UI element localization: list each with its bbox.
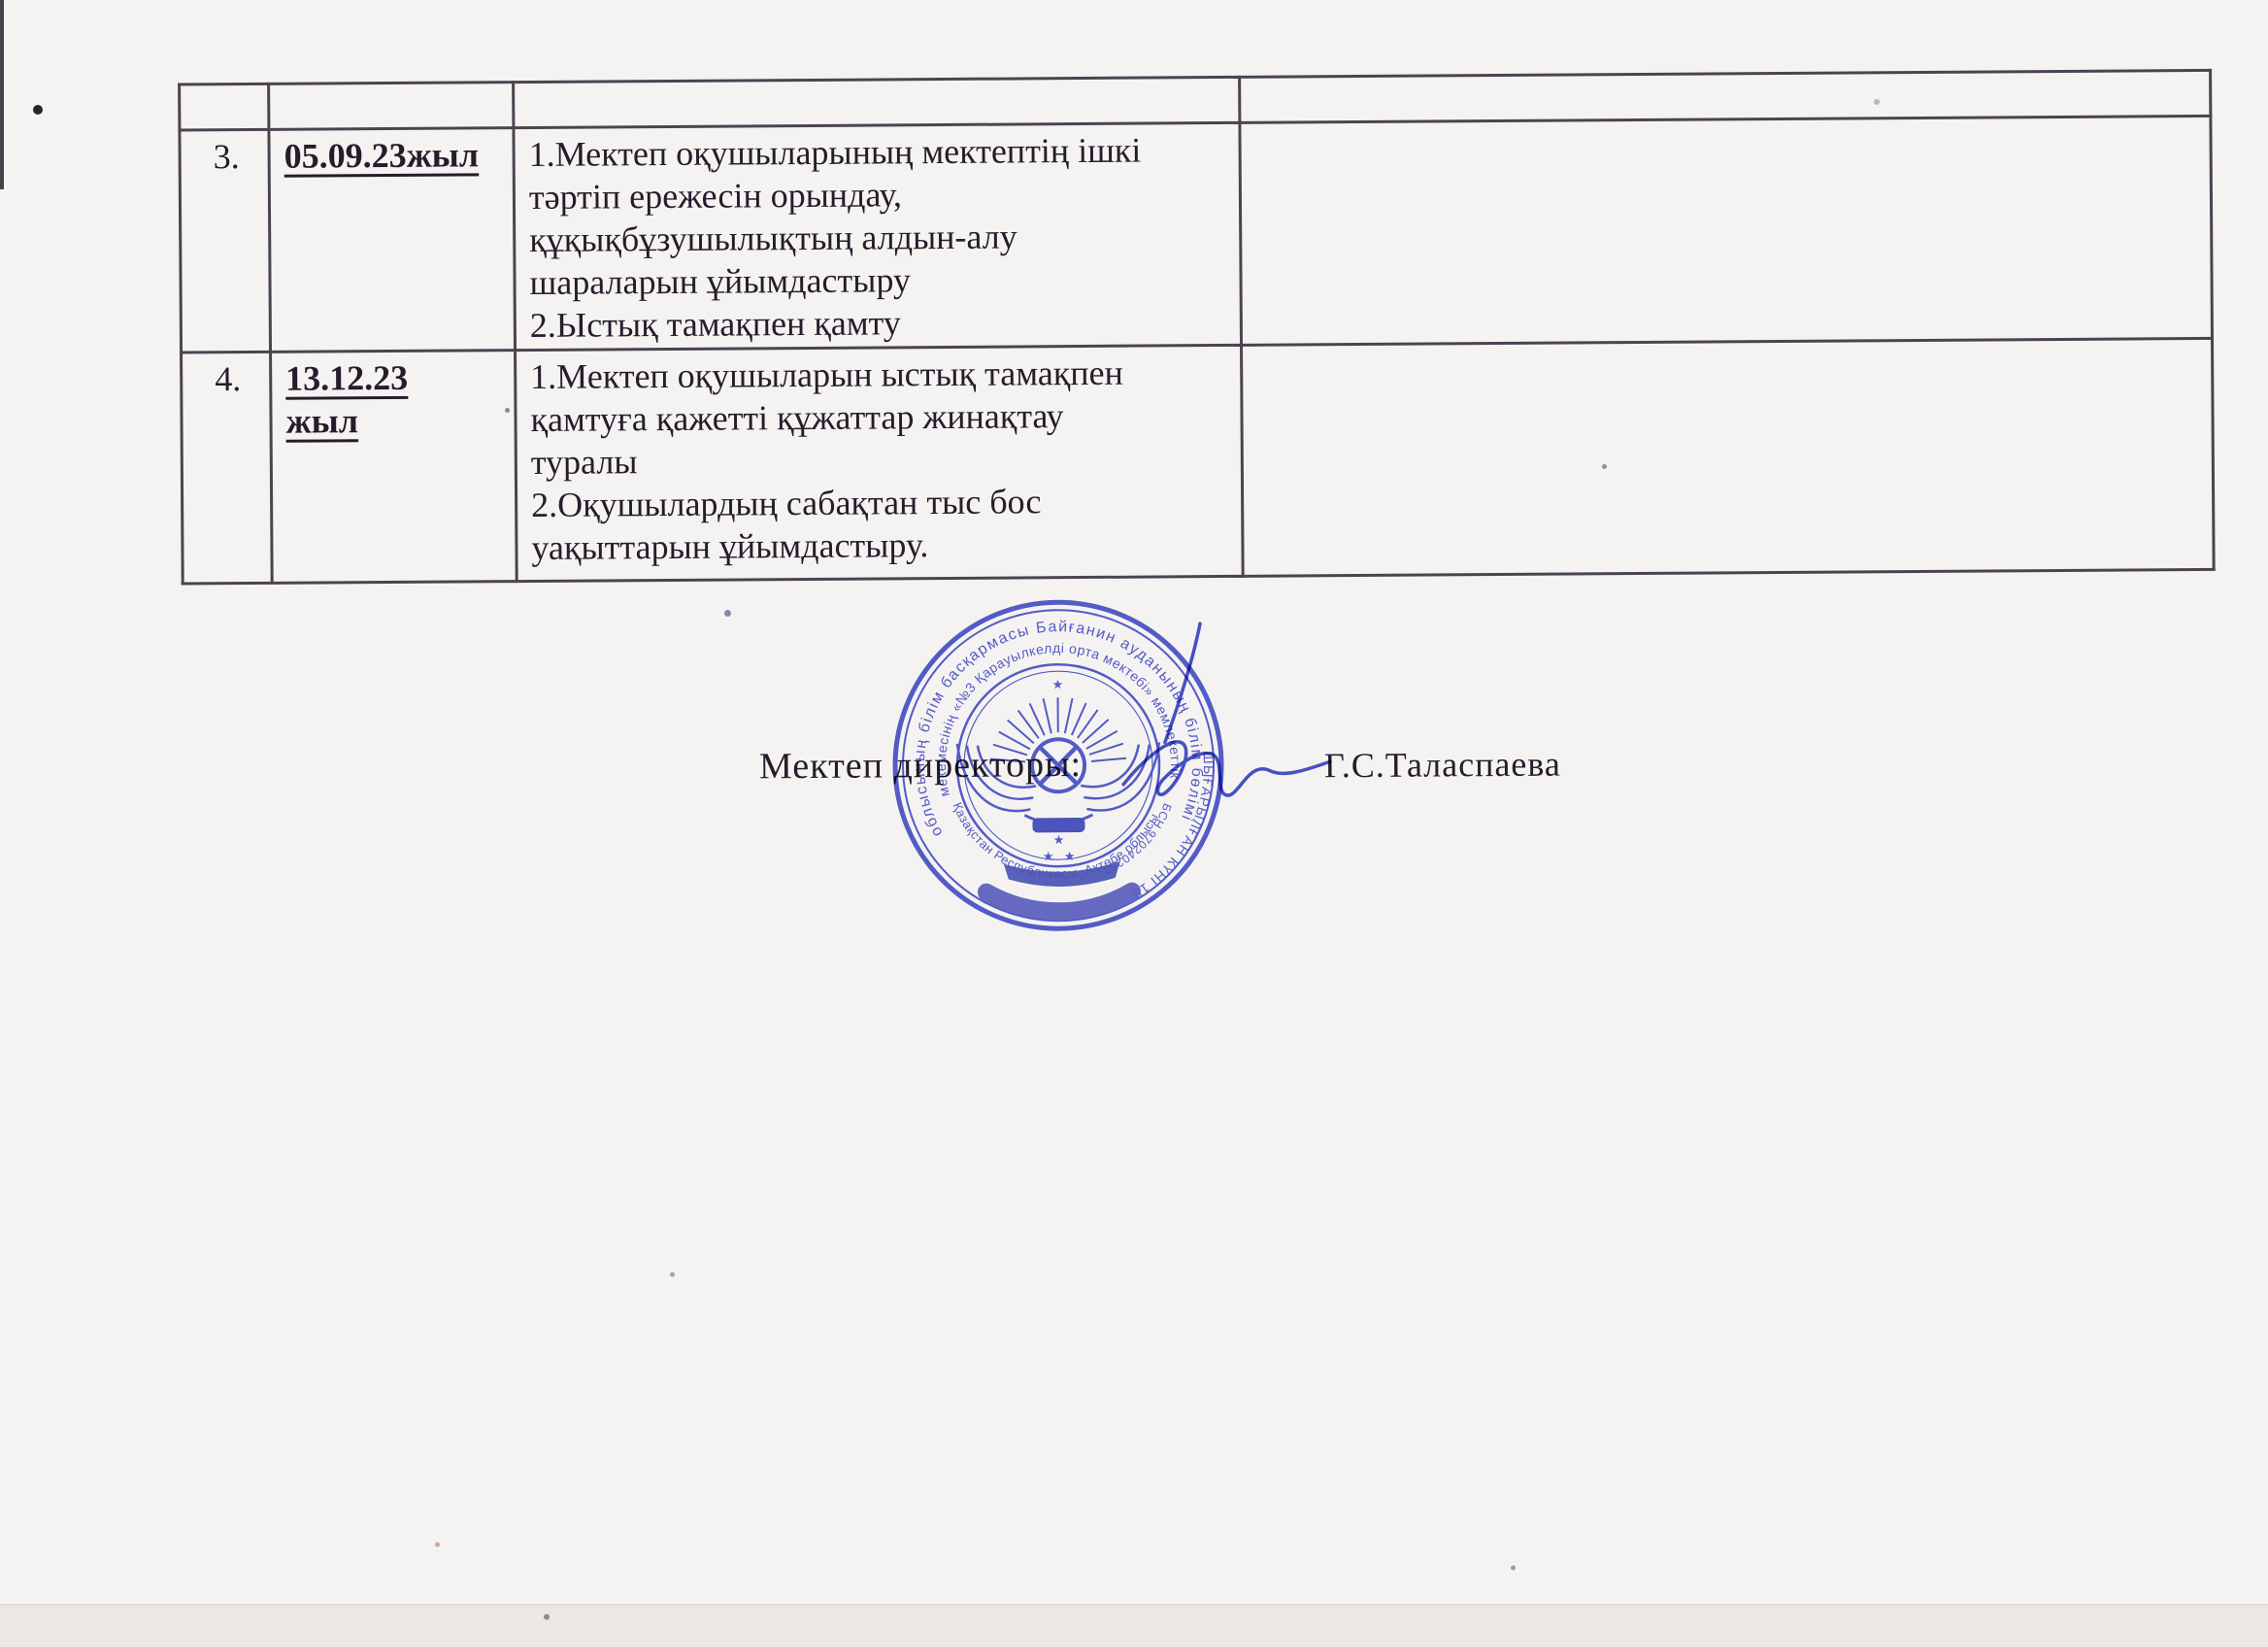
- header-cell-date: [269, 83, 514, 130]
- bottom-scan-edge: [0, 1604, 2268, 1647]
- agenda-item-line: қамтуға қажетті құжаттар жинақтау: [530, 393, 1230, 441]
- meeting-date-text-line2: жыл: [285, 398, 504, 443]
- agenda-item-line: 1.Мектеп оқушыларын ыстық тамақпен: [530, 351, 1230, 398]
- row-number: 4.: [182, 352, 273, 584]
- scan-speckle: [435, 1542, 440, 1547]
- agenda-cell: 1.Мектеп оқушыларының мектептің ішкі тәр…: [514, 122, 1242, 350]
- scan-speckle: [544, 1614, 550, 1620]
- director-name: Г.С.Таласпаева: [1324, 744, 1561, 787]
- table-row: 4. 13.12.23 жыл 1.Мектеп оқушыларын ысты…: [182, 338, 2215, 584]
- emblem-top-star-icon: ★: [1052, 677, 1064, 691]
- scan-speckle: [505, 408, 510, 413]
- meeting-date: 13.12.23 жыл: [271, 351, 517, 584]
- scan-speckle: [1602, 464, 1607, 469]
- table-row: 3. 05.09.23жыл 1.Мектеп оқушыларының мек…: [180, 116, 2213, 353]
- agenda-item-line: тәртіп ережесін орындау,: [529, 171, 1229, 218]
- meeting-date-text: 13.12.23: [285, 356, 408, 400]
- header-cell-num: [180, 84, 269, 130]
- scan-page: 3. 05.09.23жыл 1.Мектеп оқушыларының мек…: [0, 0, 2268, 1647]
- meeting-date-text: 05.09.23жыл: [283, 133, 479, 177]
- agenda-item-line: құқықбұзушылықтың алдын-алу: [529, 214, 1229, 261]
- row-number: 3.: [180, 129, 271, 353]
- header-cell-agenda: [514, 77, 1240, 127]
- stamp-star-icon: ★: [1064, 849, 1076, 863]
- agenda-item-line: 1.Мектеп оқушыларының мектептің ішкі: [528, 128, 1228, 176]
- scan-speckle: [33, 105, 43, 115]
- stamp-star-icon: ★: [1053, 832, 1065, 847]
- agenda-item-line: уақыттарын ұйымдастыру.: [531, 521, 1231, 569]
- notes-cell: [1242, 338, 2215, 576]
- agenda-item-line: туралы: [531, 436, 1231, 484]
- agenda-item-line: 2.Ыстық тамақпен қамту: [530, 299, 1230, 347]
- scan-speckle: [670, 1272, 675, 1277]
- scan-speckle: [1511, 1565, 1516, 1570]
- signature-scribble: [1108, 603, 1352, 828]
- emblem-banner-text: ҚАЗАҚСТАН: [1036, 823, 1081, 831]
- agenda-item-line: 2.Оқушылардың сабақтан тыс бос: [531, 479, 1231, 526]
- notes-cell: [1240, 116, 2213, 345]
- left-scan-edge: [0, 0, 4, 189]
- agenda-item-line: шараларын ұйымдастыру: [529, 256, 1229, 304]
- agenda-cell: 1.Мектеп оқушыларын ыстық тамақпен қамту…: [516, 345, 1244, 581]
- meeting-date: 05.09.23жыл: [269, 128, 516, 353]
- header-cell-notes: [1240, 70, 2211, 122]
- scan-speckle: [724, 610, 731, 617]
- stamp-star-icon: ★: [1043, 849, 1054, 863]
- agenda-table: 3. 05.09.23жыл 1.Мектеп оқушыларының мек…: [178, 69, 2216, 586]
- scan-speckle: [1874, 99, 1880, 105]
